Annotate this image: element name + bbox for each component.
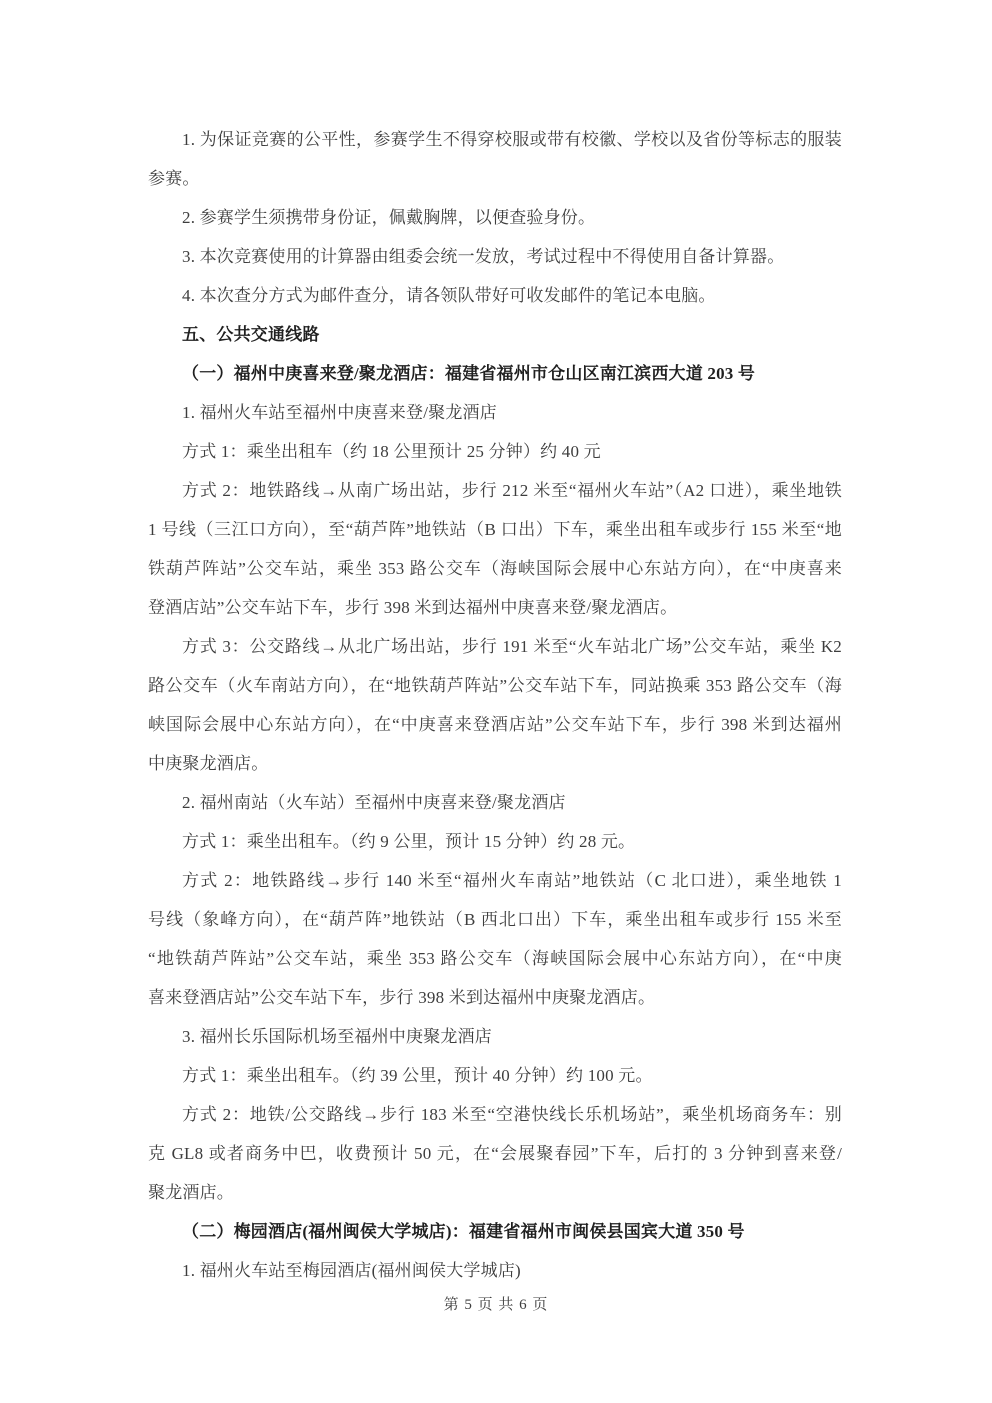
page-footer: 第 5 页 共 6 页 (0, 1293, 992, 1323)
page-indicator: 第 5 页 共 6 页 (444, 1297, 549, 1313)
text-line: “地铁葫芦阵站”公交车站，乘坐 353 路公交车（海峡国际会展中心东站方向），在… (148, 939, 842, 978)
text-line: 2. 福州南站（火车站）至福州中庚喜来登/聚龙酒店 (148, 783, 842, 822)
text-line: 登酒店站”公交车站下车，步行 398 米到达福州中庚喜来登/聚龙酒店。 (148, 588, 842, 627)
text-line: 铁葫芦阵站”公交车站，乘坐 353 路公交车（海峡国际会展中心东站方向），在“中… (148, 549, 842, 588)
text-line: 1. 福州火车站至梅园酒店(福州闽侯大学城店) (148, 1251, 842, 1290)
text-line: 方式 3：公交路线→从北广场出站，步行 191 米至“火车站北广场”公交车站，乘… (148, 627, 842, 666)
text-line: 路公交车（火车南站方向），在“地铁葫芦阵站”公交车站下车，同站换乘 353 路公… (148, 666, 842, 705)
text-line: 3. 本次竞赛使用的计算器由组委会统一发放，考试过程中不得使用自备计算器。 (148, 237, 842, 276)
text-line: 参赛。 (148, 159, 842, 198)
text-line: 峡国际会展中心东站方向），在“中庚喜来登酒店站”公交车站下车，步行 398 米到… (148, 705, 842, 744)
document-body: 1. 为保证竞赛的公平性，参赛学生不得穿校服或带有校徽、学校以及省份等标志的服装… (148, 120, 842, 1290)
heading-line: （一）福州中庚喜来登/聚龙酒店：福建省福州市仓山区南江滨西大道 203 号 (148, 354, 842, 393)
text-line: 2. 参赛学生须携带身份证，佩戴胸牌，以便查验身份。 (148, 198, 842, 237)
text-line: 聚龙酒店。 (148, 1173, 842, 1212)
text-line: 克 GL8 或者商务中巴，收费预计 50 元，在“会展聚春园”下车，后打的 3 … (148, 1134, 842, 1173)
heading-line: （二）梅园酒店(福州闽侯大学城店)：福建省福州市闽侯县国宾大道 350 号 (148, 1212, 842, 1251)
text-line: 中庚聚龙酒店。 (148, 744, 842, 783)
text-line: 方式 1：乘坐出租车。（约 39 公里，预计 40 分钟）约 100 元。 (148, 1056, 842, 1095)
text-line: 方式 1：乘坐出租车（约 18 公里预计 25 分钟）约 40 元 (148, 432, 842, 471)
text-line: 喜来登酒店站”公交车站下车，步行 398 米到达福州中庚聚龙酒店。 (148, 978, 842, 1017)
document-page: 1. 为保证竞赛的公平性，参赛学生不得穿校服或带有校徽、学校以及省份等标志的服装… (0, 0, 992, 1403)
heading-line: 五、公共交通线路 (148, 315, 842, 354)
text-line: 4. 本次查分方式为邮件查分，请各领队带好可收发邮件的笔记本电脑。 (148, 276, 842, 315)
text-line: 方式 2：地铁/公交路线→步行 183 米至“空港快线长乐机场站”，乘坐机场商务… (148, 1095, 842, 1134)
text-line: 3. 福州长乐国际机场至福州中庚聚龙酒店 (148, 1017, 842, 1056)
text-line: 1. 福州火车站至福州中庚喜来登/聚龙酒店 (148, 393, 842, 432)
text-line: 方式 1：乘坐出租车。（约 9 公里，预计 15 分钟）约 28 元。 (148, 822, 842, 861)
text-line: 号线（象峰方向），在“葫芦阵”地铁站（B 西北口出）下车，乘坐出租车或步行 15… (148, 900, 842, 939)
text-line: 方式 2：地铁路线→步行 140 米至“福州火车南站”地铁站（C 北口进），乘坐… (148, 861, 842, 900)
text-line: 1 号线（三江口方向），至“葫芦阵”地铁站（B 口出）下车，乘坐出租车或步行 1… (148, 510, 842, 549)
text-line: 1. 为保证竞赛的公平性，参赛学生不得穿校服或带有校徽、学校以及省份等标志的服装 (148, 120, 842, 159)
text-line: 方式 2：地铁路线→从南广场出站，步行 212 米至“福州火车站”（A2 口进）… (148, 471, 842, 510)
